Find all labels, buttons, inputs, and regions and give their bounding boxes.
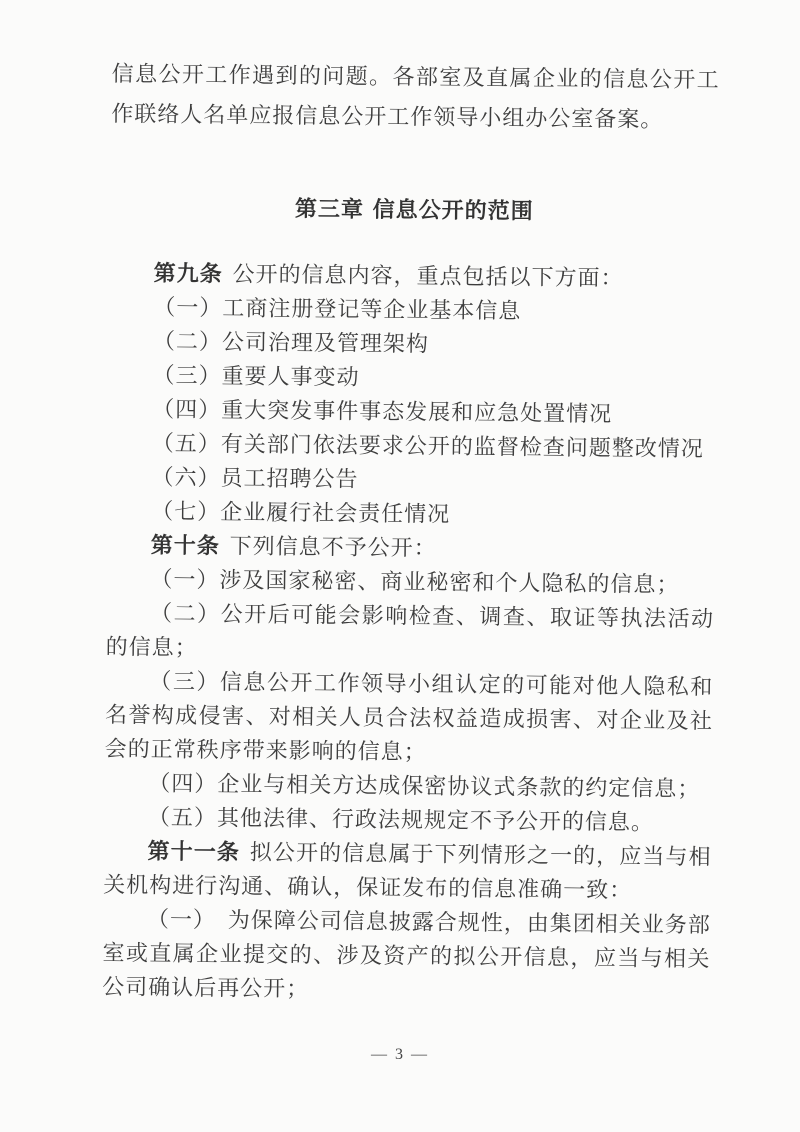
list-item: （三）信息公开工作领导小组认定的可能对他人隐私和名誉构成侵害、对相关人员合法权益… [104,664,713,772]
article-number: 第十条 [151,532,220,558]
list-item: （二）公开后可能会影响检查、调查、取证等执法活动的信息； [106,596,715,670]
document-page: 信息公开工作遇到的问题。各部室及直属企业的信息公开工作联络人名单应报信息公开工作… [0,0,800,1132]
body-paragraphs: 第九条公开的信息内容，重点包括以下方面： （一）工商注册登记等企业基本信息 （二… [102,256,718,1010]
leading-paragraph: 信息公开工作遇到的问题。各部室及直属企业的信息公开工作联络人名单应报信息公开工作… [111,54,720,140]
list-item: （一） 为保障公司信息披露合规性，由集团相关业务部室或直属企业提交的、涉及资产的… [102,902,711,1010]
article-number: 第十一条 [147,838,240,864]
page-number: — 3 — [371,1046,429,1063]
chapter-heading: 第三章 信息公开的范围 [110,191,718,231]
article-text: 下列信息不予公开： [230,533,437,560]
page-content: 信息公开工作遇到的问题。各部室及直属企业的信息公开工作联络人名单应报信息公开工作… [102,0,720,1010]
page-footer: — 3 — [0,1046,800,1064]
article-paragraph: 第十一条拟公开的信息属于下列情形之一的，应当与相关机构进行沟通、确认，保证发布的… [103,834,712,908]
article-number: 第九条 [154,261,223,287]
article-text: 公开的信息内容，重点包括以下方面： [232,261,623,290]
